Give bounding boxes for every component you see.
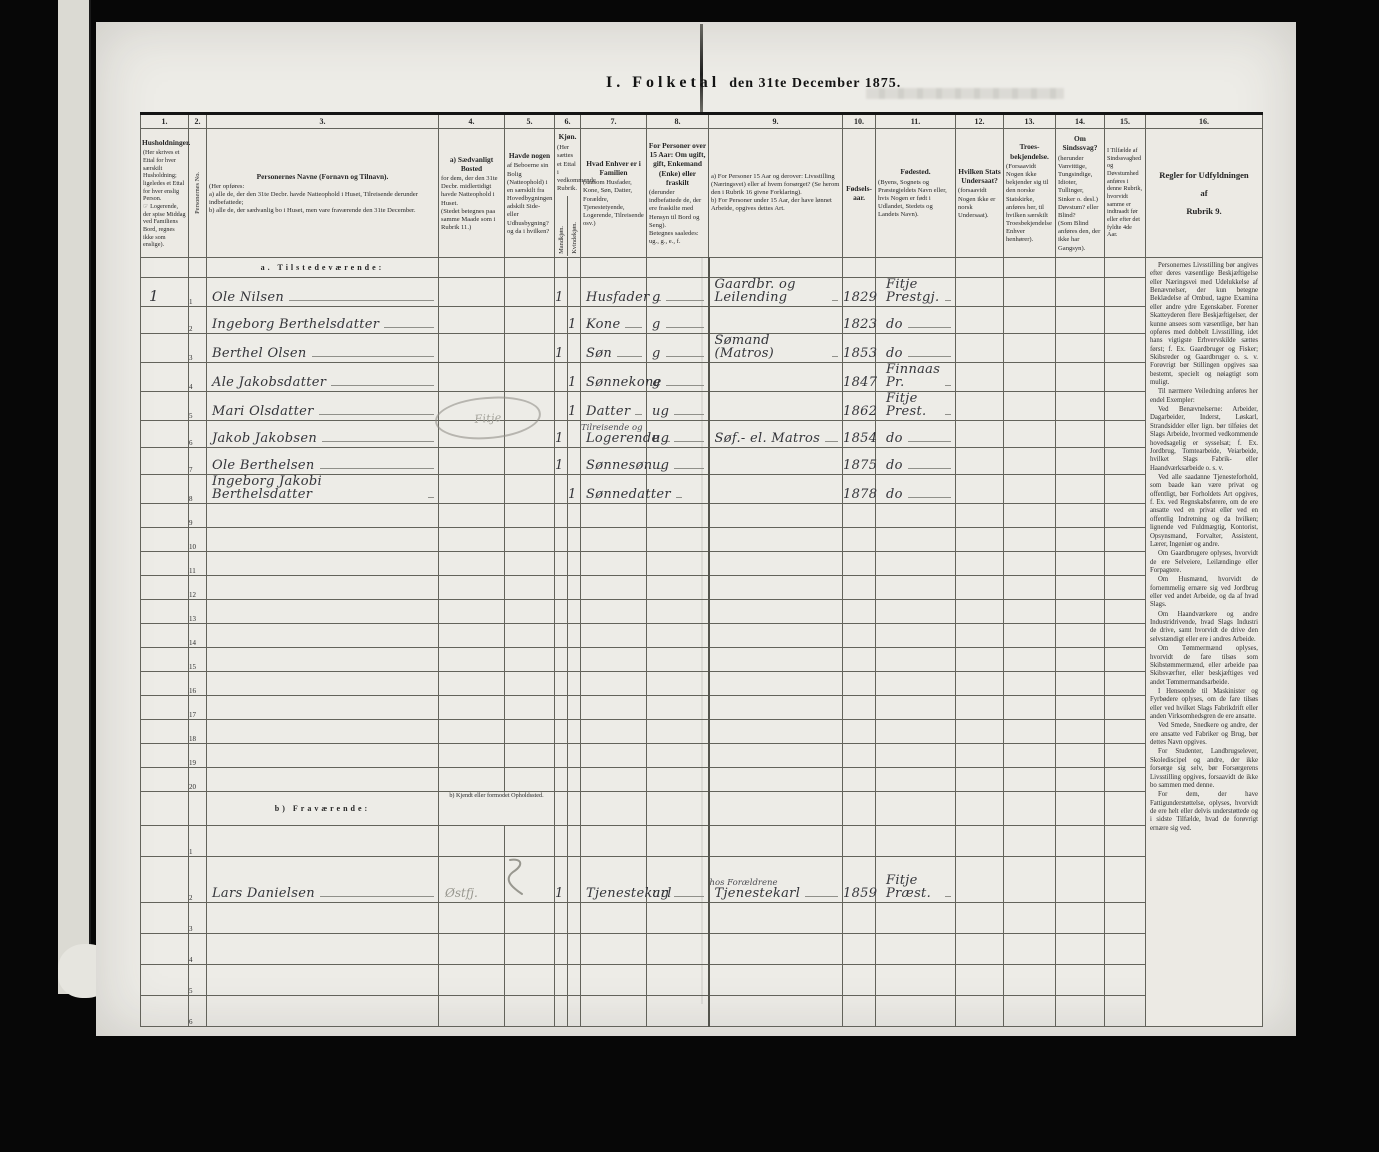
birth-year: 1859 (843, 886, 877, 901)
row-number: 4 (189, 363, 207, 392)
citizenship-cell (956, 363, 1004, 392)
female-mark-cell: 1 (568, 475, 581, 504)
disability-cell (1056, 552, 1105, 576)
family-position-cell (581, 696, 647, 720)
ink-fill-line (832, 355, 838, 357)
table-row: 10 (141, 528, 1263, 552)
column-header: a) For Personer 15 Aar og derover: Livss… (709, 129, 843, 258)
column-header: Havde nogenaf Beboerne sin Bolig (Natteo… (505, 129, 555, 258)
birth-year-cell (843, 552, 876, 576)
male-mark-cell: 1 (555, 448, 568, 475)
sex-subcolumns: Mandkjøn.Kvindekjøn. (555, 196, 580, 256)
female-mark-cell (568, 504, 581, 528)
table-row: 14 (141, 624, 1263, 648)
citizenship-cell (956, 648, 1004, 672)
disability-age-cell (1105, 996, 1146, 1027)
ink-fill-line (428, 496, 434, 498)
citizenship-cell (956, 475, 1004, 504)
birth-year-cell: 1823 (843, 307, 876, 334)
row-number: 12 (189, 576, 207, 600)
citizenship-cell (956, 307, 1004, 334)
outbuilding-cell (505, 363, 555, 392)
citizenship-cell (956, 278, 1004, 307)
citizenship-cell (956, 624, 1004, 648)
female-mark-cell (568, 826, 581, 857)
citizenship-cell (956, 857, 1004, 903)
occupation: Sømand (Matros) (715, 334, 828, 360)
male-mark-cell (555, 648, 568, 672)
row-number: 3 (189, 334, 207, 363)
usual-residence-cell (439, 903, 505, 934)
usual-residence-cell (439, 696, 505, 720)
disability-age-cell (1105, 720, 1146, 744)
name-cell (207, 996, 439, 1027)
citizenship-cell (956, 600, 1004, 624)
household-cell (141, 475, 189, 504)
creed-cell (1004, 903, 1056, 934)
ink-fill-line (625, 326, 642, 328)
birth-year-cell (843, 624, 876, 648)
column-number: 6. (555, 114, 581, 129)
usual-residence-cell (439, 624, 505, 648)
column-header: For Personer over 15 Aar: Om ugift, gift… (647, 129, 709, 258)
disability-age-cell (1105, 475, 1146, 504)
occupation: Gaardbr. og Leilending (715, 278, 828, 304)
ink-fill-line (908, 355, 951, 357)
disability-cell (1056, 448, 1105, 475)
female-tally: 1 (568, 487, 577, 502)
usual-residence-cell (439, 672, 505, 696)
birth-year: 1847 (843, 375, 877, 390)
marital-status: g (652, 291, 661, 304)
ink-fill-line (945, 413, 951, 415)
name-cell (207, 696, 439, 720)
household-number: 1 (141, 287, 159, 305)
column-body: a) For Personer 15 Aar og derover: Livss… (711, 173, 840, 214)
column-title: Om Sindssvag? (1057, 134, 1103, 153)
adjacent-page-edge (58, 0, 91, 994)
column-body: (Byens, Sognets og Præstegjeldets Navn e… (878, 179, 953, 220)
column-number: 5. (505, 114, 555, 129)
citizenship-cell (956, 576, 1004, 600)
birth-year: 1823 (843, 317, 877, 332)
occupation-cell (709, 934, 843, 965)
regler-paragraph: Ved Benævnelserne: Arbeider, Dagarbeider… (1150, 406, 1258, 473)
column-header: Om Sindssvag?(herunder Vanvittige, Tungs… (1056, 129, 1105, 258)
disability-age-cell (1105, 392, 1146, 421)
marital-status-cell (647, 965, 709, 996)
female-mark-cell (568, 528, 581, 552)
male-mark-cell (555, 552, 568, 576)
marital-status-cell (647, 744, 709, 768)
creed-cell (1004, 475, 1056, 504)
household-cell (141, 965, 189, 996)
female-mark-cell (568, 696, 581, 720)
name-cell: Ingeborg Jakobi Berthelsdatter (207, 475, 439, 504)
female-mark-cell (568, 648, 581, 672)
column-title: Fødsels- aar. (844, 184, 874, 203)
household-cell (141, 448, 189, 475)
table-body: a. Tilstedeværende:Personernes Livsstill… (141, 258, 1263, 1027)
creed-cell (1004, 934, 1056, 965)
outbuilding-cell (505, 475, 555, 504)
birth-year: 1854 (843, 431, 877, 446)
column-header: Hvad Enhver er i Familien(saasom Husfade… (581, 129, 647, 258)
name-cell (207, 744, 439, 768)
disability-cell (1056, 903, 1105, 934)
creed-cell (1004, 744, 1056, 768)
usual-residence-cell (439, 744, 505, 768)
disability-cell (1056, 624, 1105, 648)
household-cell (141, 696, 189, 720)
disability-cell (1056, 934, 1105, 965)
family-position: Logerende (586, 432, 659, 445)
disability-age-cell (1105, 934, 1146, 965)
column-header: Fødested.(Byens, Sognets og Præstegjelde… (876, 129, 956, 258)
outbuilding-cell (505, 504, 555, 528)
ink-fill-line (312, 355, 435, 357)
outbuilding-cell (505, 334, 555, 363)
usual-residence-cell (439, 720, 505, 744)
column-title: Regler for Udfyldningen af Rubrik 9. (1147, 166, 1261, 220)
person-name: Jakob Jakobsen (212, 432, 317, 445)
occupation-cell (709, 600, 843, 624)
usual-residence-cell: Østfj. (439, 857, 505, 903)
row-number: 2 (189, 307, 207, 334)
person-name: Ingeborg Jakobi Berthelsdatter (212, 475, 423, 501)
column-title: Husholdninger. (142, 138, 187, 147)
subcolumn-label: Kvindekjøn. (571, 222, 578, 254)
birth-year-cell (843, 720, 876, 744)
name-cell (207, 504, 439, 528)
marital-status-cell: g (647, 363, 709, 392)
male-mark-cell (555, 768, 568, 792)
row-number: 13 (189, 600, 207, 624)
table-row: 5 (141, 965, 1263, 996)
household-cell (141, 768, 189, 792)
male-mark-cell (555, 720, 568, 744)
table-row: 4 (141, 934, 1263, 965)
row-number: 3 (189, 903, 207, 934)
disability-age-cell (1105, 528, 1146, 552)
family-position-cell (581, 504, 647, 528)
citizenship-cell (956, 744, 1004, 768)
disability-age-cell (1105, 696, 1146, 720)
male-mark-cell (555, 996, 568, 1027)
occupation-cell (709, 624, 843, 648)
table-row: 19 (141, 744, 1263, 768)
citizenship-cell (956, 528, 1004, 552)
creed-cell (1004, 504, 1056, 528)
birth-place-cell (876, 744, 956, 768)
female-mark-cell (568, 857, 581, 903)
disability-cell (1056, 504, 1105, 528)
usual-residence-cell (439, 552, 505, 576)
column-title: Havde nogen (506, 151, 553, 160)
marital-status-cell: g (647, 307, 709, 334)
family-position-cell: Sønnekone (581, 363, 647, 392)
person-name: Lars Danielsen (212, 887, 315, 900)
regler-paragraph: I Henseende til Maskinister og Fyrbødere… (1150, 688, 1258, 721)
row-number: 17 (189, 696, 207, 720)
disability-cell (1056, 720, 1105, 744)
ink-fill-line (945, 299, 951, 301)
usual-residence-cell (439, 307, 505, 334)
section-header-row: b) Fraværende:b) Kjendt eller formodet O… (141, 792, 1263, 826)
marital-status-cell (647, 552, 709, 576)
regler-paragraph: Om Haandværkere og andre Industridrivend… (1150, 611, 1258, 644)
row-number: 18 (189, 720, 207, 744)
occupation-cell: Sømand (Matros) (709, 334, 843, 363)
regler-text: Personernes Livsstilling bør angives eft… (1146, 258, 1263, 1027)
family-position-cell (581, 528, 647, 552)
occupation-cell (709, 648, 843, 672)
birth-year-cell (843, 576, 876, 600)
female-mark-cell (568, 720, 581, 744)
creed-cell (1004, 720, 1056, 744)
column-body: I Tilfælde af Sindssvaghed og Døvstumhed… (1107, 147, 1143, 239)
household-cell (141, 996, 189, 1027)
birth-year-cell: 1875 (843, 448, 876, 475)
occupation: Søf.- el. Matros (715, 432, 821, 445)
column-number: 1. (141, 114, 189, 129)
column-header: Regler for Udfyldningen af Rubrik 9. (1146, 129, 1263, 258)
name-cell (207, 600, 439, 624)
family-position-cell (581, 648, 647, 672)
census-table: 1.2.3.4.5.6.7.8.9.10.11.12.13.14.15.16.H… (140, 112, 1263, 1027)
outbuilding-cell (505, 826, 555, 857)
disability-cell (1056, 768, 1105, 792)
row-number: 16 (189, 672, 207, 696)
family-position-cell (581, 744, 647, 768)
family-position-cell: Tilreisende ogLogerende (581, 421, 647, 448)
page-title: I. Folketalden 31te December 1875. (606, 74, 901, 92)
family-position: Kone (586, 318, 620, 331)
family-position: Søn (586, 347, 612, 360)
disability-cell (1056, 965, 1105, 996)
family-position-cell: Sønnesøn (581, 448, 647, 475)
citizenship-cell (956, 672, 1004, 696)
usual-residence-cell (439, 363, 505, 392)
ink-fill-line (945, 384, 951, 386)
birth-place-cell: do (876, 334, 956, 363)
table-row: 3 (141, 903, 1263, 934)
ink-fill-line (805, 895, 838, 897)
male-mark-cell (555, 672, 568, 696)
occupation-cell: Gaardbr. og Leilending (709, 278, 843, 307)
column-title: Kjøn. (556, 132, 579, 141)
person-name: Ole Berthelsen (212, 459, 315, 472)
household-cell: 1 (141, 278, 189, 307)
birth-place-cell (876, 826, 956, 857)
birth-year-cell: 1853 (843, 334, 876, 363)
ink-fill-line (674, 440, 703, 442)
male-tally: 1 (555, 290, 564, 305)
birth-year-cell (843, 672, 876, 696)
household-cell (141, 504, 189, 528)
disability-cell (1056, 334, 1105, 363)
female-mark-cell (568, 576, 581, 600)
occupation: Tjenestekarl (715, 887, 801, 900)
family-position-cell (581, 576, 647, 600)
female-mark-cell (568, 996, 581, 1027)
male-mark-cell (555, 600, 568, 624)
household-cell (141, 857, 189, 903)
occupation-cell (709, 576, 843, 600)
outbuilding-cell (505, 903, 555, 934)
birth-year-cell (843, 903, 876, 934)
birth-place-cell (876, 996, 956, 1027)
female-mark-cell (568, 552, 581, 576)
disability-cell (1056, 576, 1105, 600)
citizenship-cell (956, 392, 1004, 421)
birth-place-cell (876, 965, 956, 996)
disability-age-cell (1105, 576, 1146, 600)
table-row: 17 (141, 696, 1263, 720)
name-cell (207, 552, 439, 576)
row-number: 5 (189, 965, 207, 996)
column-number: 9. (709, 114, 843, 129)
citizenship-cell (956, 448, 1004, 475)
birth-place-cell: Finnaas Pr. (876, 363, 956, 392)
family-position: Husfader (586, 291, 650, 304)
disability-cell (1056, 278, 1105, 307)
disability-age-cell (1105, 307, 1146, 334)
row-number: 8 (189, 475, 207, 504)
outbuilding-cell (505, 857, 555, 903)
occupation-cell (709, 392, 843, 421)
household-cell (141, 624, 189, 648)
outbuilding-cell (505, 720, 555, 744)
marital-status-cell (647, 648, 709, 672)
table-row: 7Ole Berthelsen1Sønnesønug1875do (141, 448, 1263, 475)
birth-place-cell (876, 576, 956, 600)
column-body: (forsaavidt Nogen ikke er norsk Undersaa… (958, 187, 1001, 220)
column-number: 16. (1146, 114, 1263, 129)
household-cell (141, 421, 189, 448)
ink-fill-line (674, 895, 703, 897)
outbuilding-cell (505, 552, 555, 576)
citizenship-cell (956, 768, 1004, 792)
usual-residence-cell (439, 934, 505, 965)
ink-fill-line (666, 299, 704, 301)
male-mark-cell (555, 696, 568, 720)
column-body: (herunder Vanvittige, Tungsindige, Idiot… (1058, 155, 1102, 253)
female-mark-cell: 1 (568, 307, 581, 334)
female-tally: 1 (568, 375, 577, 390)
family-position-cell: Husfader (581, 278, 647, 307)
birth-place-cell: do (876, 421, 956, 448)
regler-paragraph: Personernes Livsstilling bør angives eft… (1150, 262, 1258, 387)
column-header: Kjøn.(Her sættes et Ettal i vedkommende … (555, 129, 581, 258)
female-mark-cell (568, 965, 581, 996)
disability-age-cell (1105, 768, 1146, 792)
outbuilding-cell (505, 307, 555, 334)
name-cell: Berthel Olsen (207, 334, 439, 363)
usual-residence-cell (439, 965, 505, 996)
marital-status-cell: g (647, 334, 709, 363)
marital-status-cell (647, 576, 709, 600)
name-cell (207, 934, 439, 965)
marital-status-cell (647, 768, 709, 792)
birth-place-cell (876, 552, 956, 576)
ink-fill-line (384, 326, 434, 328)
occupation-cell (709, 307, 843, 334)
ink-fill-line (674, 467, 703, 469)
table-row: 4Ale Jakobsdatter1Sønnekoneg1847Finnaas … (141, 363, 1263, 392)
row-number: 11 (189, 552, 207, 576)
disability-age-cell (1105, 965, 1146, 996)
usual-residence-cell (439, 996, 505, 1027)
header-description-row: Husholdninger.(Her skrives et Ettal for … (141, 129, 1263, 258)
section-a-label: a. Tilstedeværende: (207, 258, 439, 278)
row-number: 15 (189, 648, 207, 672)
creed-cell (1004, 552, 1056, 576)
creed-cell (1004, 996, 1056, 1027)
column-title: a) Sædvanligt Bosted (440, 155, 503, 174)
occupation-cell (709, 475, 843, 504)
male-subcolumn: Mandkjøn. (555, 196, 567, 256)
ink-fill-line (319, 413, 434, 415)
column-title-vertical: Personernes No. (194, 172, 201, 214)
birth-year: 1829 (843, 290, 877, 305)
column-number: 13. (1004, 114, 1056, 129)
occupation-cell (709, 672, 843, 696)
marital-status-cell: ug (647, 448, 709, 475)
row-number: 20 (189, 768, 207, 792)
birth-year: 1853 (843, 346, 877, 361)
disability-age-cell (1105, 448, 1146, 475)
table-row: 6 (141, 996, 1263, 1027)
birth-year: 1878 (843, 487, 877, 502)
birth-place-cell (876, 768, 956, 792)
family-position-cell (581, 934, 647, 965)
female-mark-cell (568, 672, 581, 696)
outbuilding-cell (505, 576, 555, 600)
male-mark-cell (555, 392, 568, 421)
column-body: (Her opføres: a) alle de, der den 31te D… (209, 183, 436, 216)
birth-year-cell (843, 768, 876, 792)
table-row: 6Jakob JakobsenFitje1Tilreisende ogLoger… (141, 421, 1263, 448)
row-number: 9 (189, 504, 207, 528)
household-cell (141, 903, 189, 934)
male-mark-cell (555, 475, 568, 504)
household-cell (141, 576, 189, 600)
marital-status-cell (647, 672, 709, 696)
name-cell (207, 720, 439, 744)
ink-fill-line (676, 496, 682, 498)
outbuilding-cell (505, 768, 555, 792)
column-body: (Forsaavidt Nogen ikke bekjender sig til… (1006, 163, 1053, 245)
column-body: af Beboerne sin Bolig (Natteophold) i en… (507, 162, 552, 236)
creed-cell (1004, 528, 1056, 552)
regler-paragraph: Om Gaardbrugere oplyses, hvorvidt de ere… (1150, 550, 1258, 575)
family-position-cell (581, 600, 647, 624)
birth-year-cell (843, 826, 876, 857)
household-cell (141, 528, 189, 552)
table-row: 3Berthel Olsen1SøngSømand (Matros)1853do (141, 334, 1263, 363)
marital-status: ug (652, 459, 669, 472)
table-row: 18 (141, 720, 1263, 744)
disability-age-cell (1105, 857, 1146, 903)
outbuilding-cell (505, 996, 555, 1027)
row-number: 19 (189, 744, 207, 768)
male-mark-cell (555, 363, 568, 392)
male-mark-cell: 1 (555, 857, 568, 903)
disability-cell (1056, 475, 1105, 504)
birth-place: do (886, 488, 903, 501)
name-cell (207, 648, 439, 672)
